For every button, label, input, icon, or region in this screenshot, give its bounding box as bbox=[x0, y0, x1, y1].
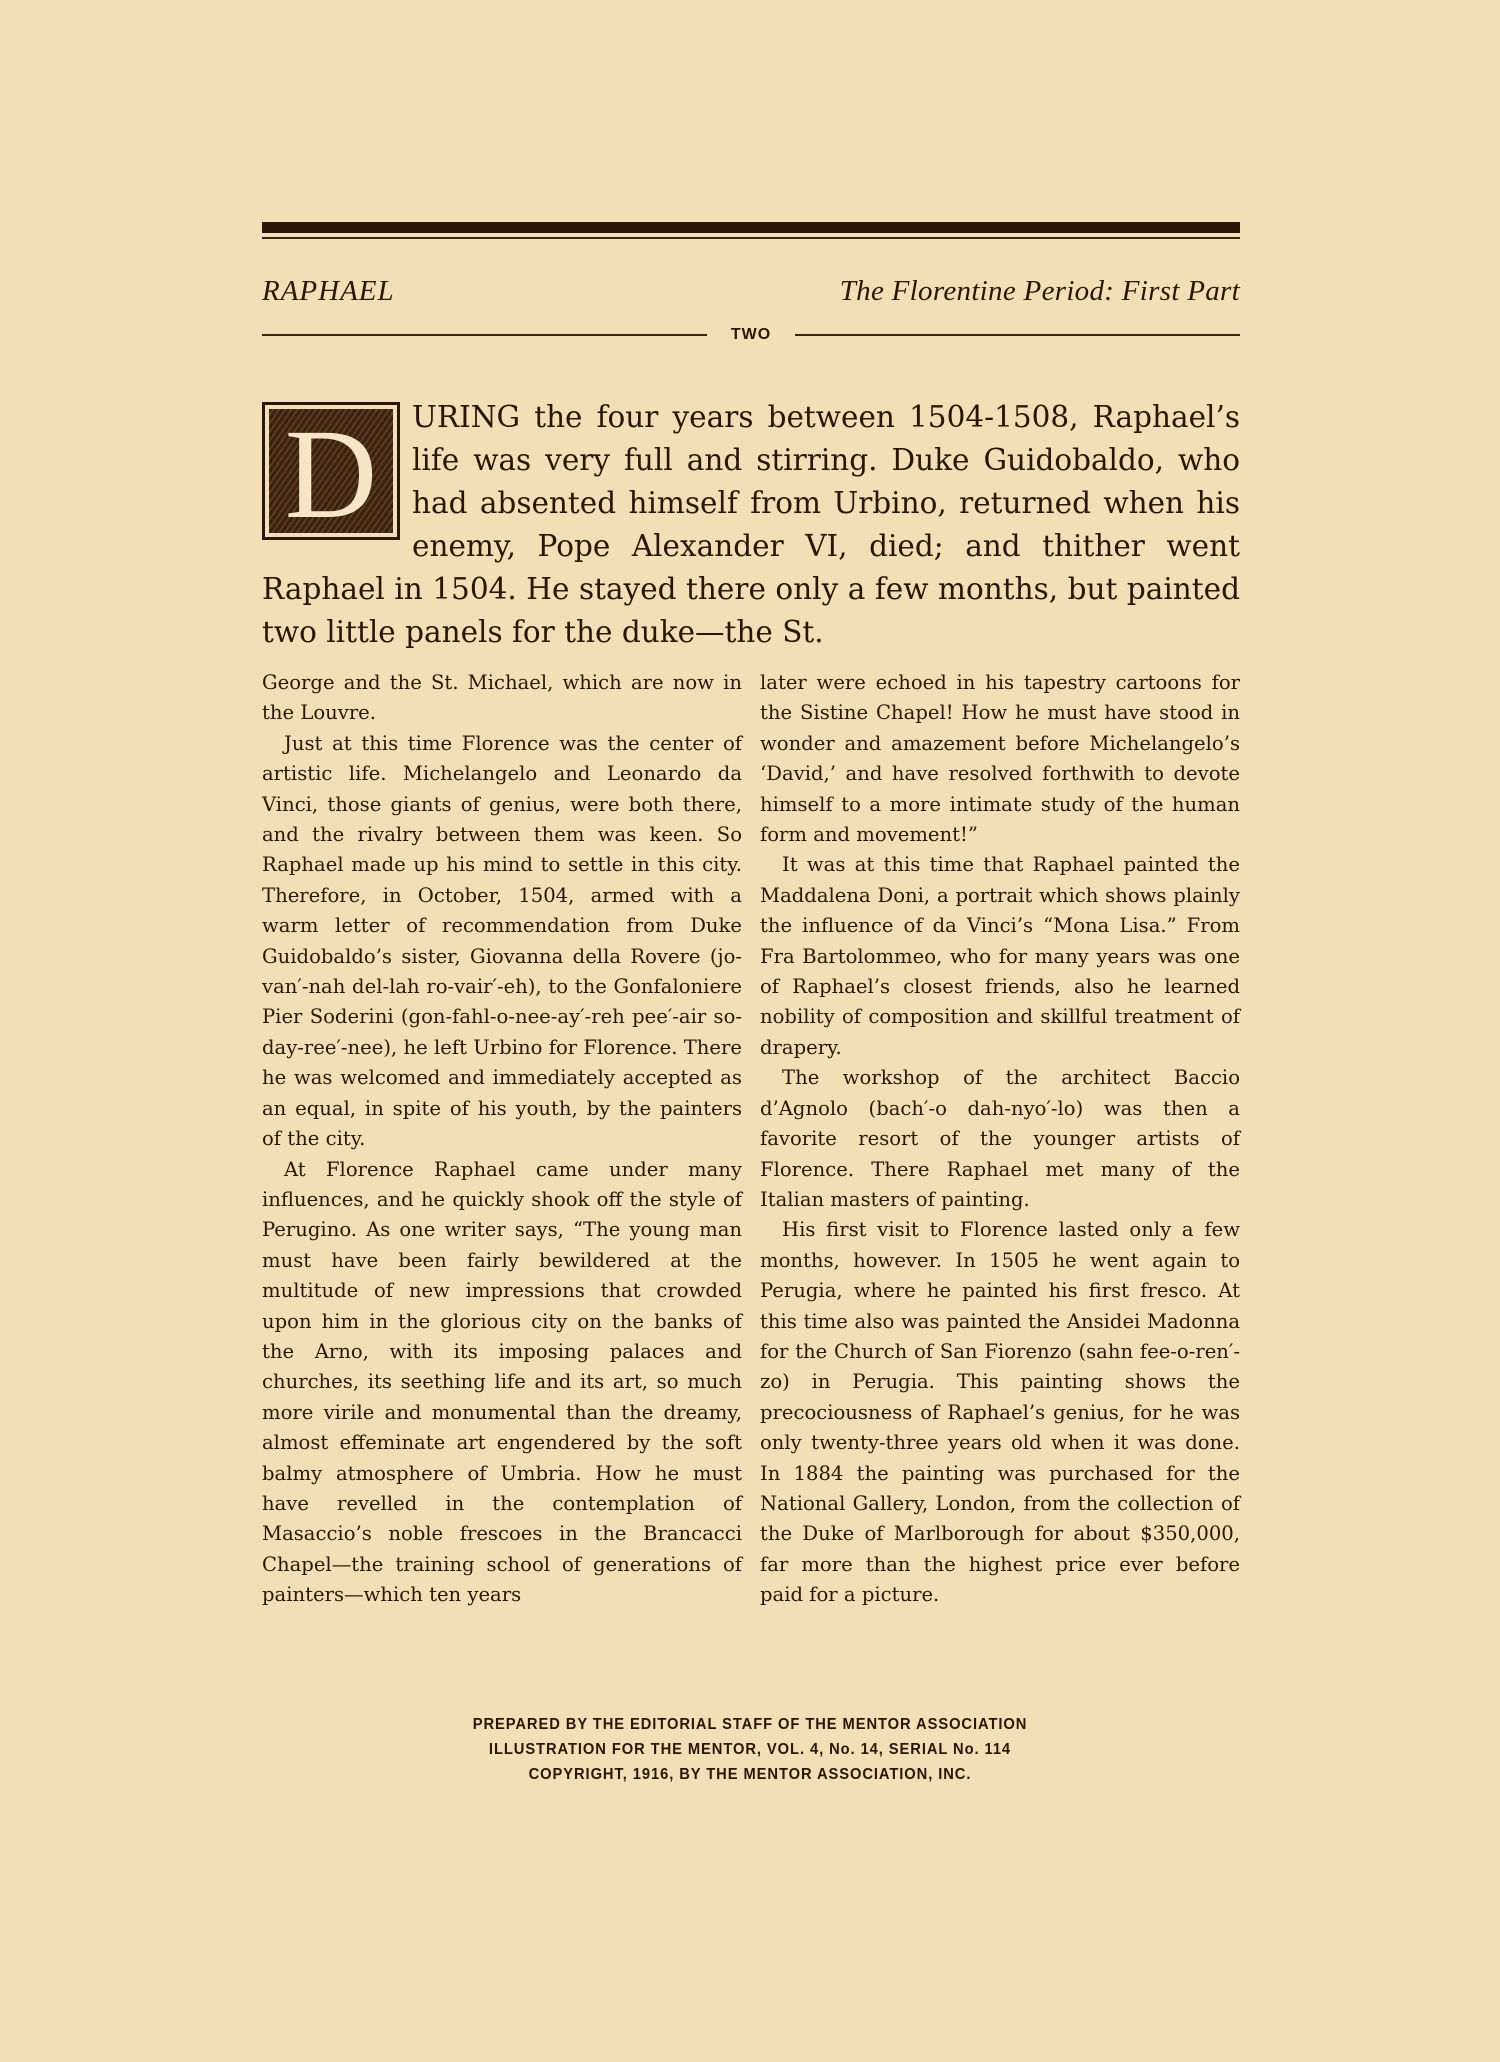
running-header-subtitle: The Florentine Period: First Part bbox=[840, 275, 1240, 308]
paragraph: Just at this time Florence was the cente… bbox=[262, 729, 742, 1155]
right-column: later were echoed in his tapestry cartoo… bbox=[760, 668, 1240, 1611]
header-thin-rule bbox=[262, 237, 1240, 239]
drop-cap-hatched-background: D bbox=[269, 409, 393, 533]
paragraph: His first visit to Florence lasted only … bbox=[760, 1215, 1240, 1610]
running-header-title: RAPHAEL bbox=[262, 275, 395, 308]
paragraph: At Florence Raphael came under many infl… bbox=[262, 1155, 742, 1611]
colophon: PREPARED BY THE EDITORIAL STAFF OF THE M… bbox=[0, 1712, 1500, 1787]
colophon-line-copyright: COPYRIGHT, 1916, BY THE MENTOR ASSOCIATI… bbox=[60, 1762, 1440, 1787]
left-column: George and the St. Michael, which are no… bbox=[262, 668, 742, 1611]
section-divider: TWO bbox=[262, 326, 1240, 344]
body-columns: George and the St. Michael, which are no… bbox=[262, 668, 1240, 1611]
colophon-line-prepared: PREPARED BY THE EDITORIAL STAFF OF THE M… bbox=[60, 1712, 1440, 1737]
paragraph: It was at this time that Raphael painted… bbox=[760, 850, 1240, 1063]
paragraph: George and the St. Michael, which are no… bbox=[262, 668, 742, 729]
header-thick-rule bbox=[262, 222, 1240, 233]
paragraph: The workshop of the architect Baccio d’A… bbox=[760, 1063, 1240, 1215]
section-number: TWO bbox=[707, 326, 795, 344]
colophon-line-illustration: ILLUSTRATION FOR THE MENTOR, VOL. 4, No.… bbox=[60, 1737, 1440, 1762]
document-page: RAPHAEL The Florentine Period: First Par… bbox=[262, 222, 1240, 1611]
divider-line-left bbox=[262, 334, 707, 336]
running-header: RAPHAEL The Florentine Period: First Par… bbox=[262, 275, 1240, 308]
lead-paragraph: D URING the four years between 1504-1508… bbox=[262, 396, 1240, 654]
drop-cap: D bbox=[262, 402, 400, 540]
paragraph: later were echoed in his tapestry cartoo… bbox=[760, 668, 1240, 850]
lead-text: URING the four years between 1504-1508, … bbox=[262, 400, 1240, 649]
divider-line-right bbox=[795, 334, 1240, 336]
drop-cap-letter: D bbox=[285, 410, 377, 538]
